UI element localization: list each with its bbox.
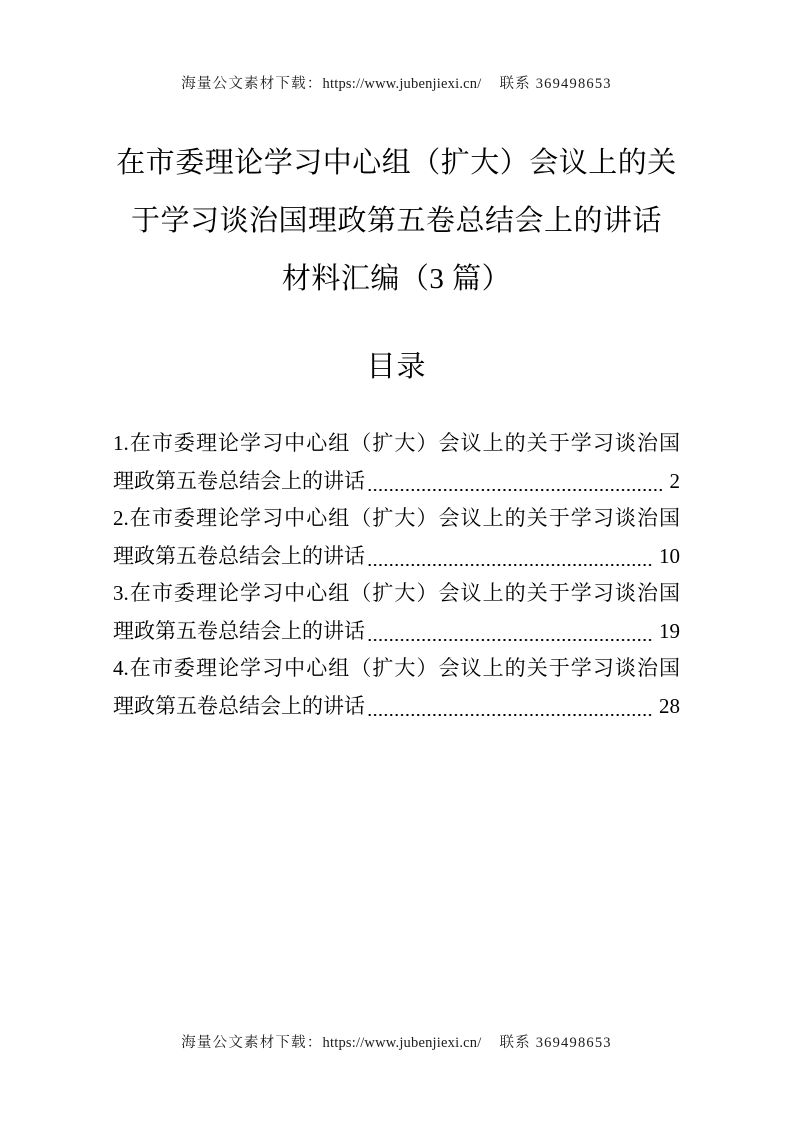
- toc-entry-1[interactable]: 1.在市委理论学习中心组（扩大）会议上的关于学习谈治国 理政第五卷总结会上的讲话…: [113, 425, 680, 500]
- toc-heading: 目录: [113, 338, 680, 396]
- toc-entry-title: 2.在市委理论学习中心组（扩大）会议上的关于学习谈治国: [113, 500, 680, 538]
- toc-entry-title-continued: 理政第五卷总结会上的讲话: [113, 613, 365, 651]
- toc-entry-title: 1.在市委理论学习中心组（扩大）会议上的关于学习谈治国: [113, 425, 680, 463]
- title-line-2: 于学习谈治国理政第五卷总结会上的讲话: [113, 192, 680, 250]
- dot-leader: [367, 613, 654, 651]
- header-url-link[interactable]: https://www.jubenjiexi.cn/: [323, 76, 482, 92]
- toc-page-number: 19: [659, 613, 680, 651]
- toc-entry-title: 3.在市委理论学习中心组（扩大）会议上的关于学习谈治国: [113, 575, 680, 613]
- dot-leader: [367, 538, 654, 576]
- toc-page-number: 2: [670, 463, 681, 501]
- document-title: 在市委理论学习中心组（扩大）会议上的关 于学习谈治国理政第五卷总结会上的讲话 材…: [113, 134, 680, 308]
- toc-page-number: 28: [659, 688, 680, 726]
- footer-download-note: 海量公文素材下载：: [181, 1035, 322, 1051]
- document-page: 海量公文素材下载：https://www.jubenjiexi.cn/联系 36…: [0, 0, 793, 1122]
- header-download-note: 海量公文素材下载：: [181, 76, 322, 92]
- title-line-3: 材料汇编（3 篇）: [113, 250, 680, 308]
- footer-url-link[interactable]: https://www.jubenjiexi.cn/: [323, 1035, 482, 1051]
- toc-entry-2[interactable]: 2.在市委理论学习中心组（扩大）会议上的关于学习谈治国 理政第五卷总结会上的讲话…: [113, 500, 680, 575]
- toc-entry-title-continued: 理政第五卷总结会上的讲话: [113, 538, 365, 576]
- page-header: 海量公文素材下载：https://www.jubenjiexi.cn/联系 36…: [0, 72, 793, 93]
- toc-entry-3[interactable]: 3.在市委理论学习中心组（扩大）会议上的关于学习谈治国 理政第五卷总结会上的讲话…: [113, 575, 680, 650]
- toc-page-number: 10: [659, 538, 680, 576]
- dot-leader: [367, 688, 654, 726]
- header-contact: 联系 369498653: [499, 76, 611, 92]
- toc-entry-title-continued: 理政第五卷总结会上的讲话: [113, 688, 365, 726]
- page-footer: 海量公文素材下载：https://www.jubenjiexi.cn/联系 36…: [0, 1031, 793, 1052]
- toc-list: 1.在市委理论学习中心组（扩大）会议上的关于学习谈治国 理政第五卷总结会上的讲话…: [113, 425, 680, 725]
- footer-contact: 联系 369498653: [499, 1035, 611, 1051]
- toc-entry-4[interactable]: 4.在市委理论学习中心组（扩大）会议上的关于学习谈治国 理政第五卷总结会上的讲话…: [113, 650, 680, 725]
- title-line-1: 在市委理论学习中心组（扩大）会议上的关: [113, 134, 680, 192]
- toc-entry-title: 4.在市委理论学习中心组（扩大）会议上的关于学习谈治国: [113, 650, 680, 688]
- toc-entry-title-continued: 理政第五卷总结会上的讲话: [113, 463, 365, 501]
- dot-leader: [367, 463, 665, 501]
